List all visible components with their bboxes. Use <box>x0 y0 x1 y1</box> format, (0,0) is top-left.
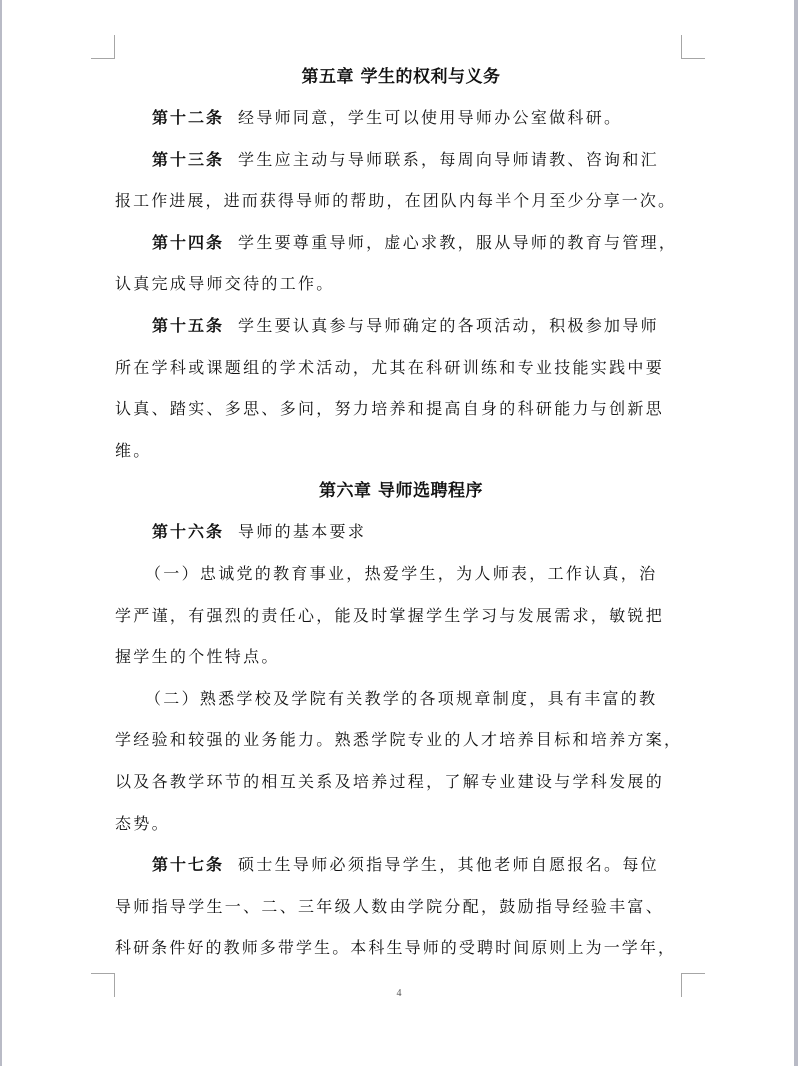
margin-corner-mark-top-left <box>91 35 115 59</box>
article-14-text-1: 学生要尊重导师，虚心求教，服从导师的教育与管理， <box>238 233 677 252</box>
article-13-text-1: 学生应主动与导师联系，每周向导师请教、咨询和汇 <box>238 150 659 169</box>
chapter-6-heading: 第六章 导师选聘程序 <box>115 471 687 511</box>
article-17-line-3: 科研条件好的教师多带学生。本科生导师的受聘时间原则上为一学年， <box>115 927 687 969</box>
article-17-number: 第十七条 <box>152 855 224 874</box>
margin-corner-mark-top-right <box>681 35 705 59</box>
article-16-line-1: 第十六条导师的基本要求 <box>115 511 687 553</box>
article-15-text-1: 学生要认真参与导师确定的各项活动，积极参加导师 <box>238 316 659 335</box>
article-17-line-1: 第十七条硕士生导师必须指导学生，其他老师自愿报名。每位 <box>115 844 687 886</box>
article-15-line-2: 所在学科或课题组的学术活动，尤其在科研训练和专业技能实践中要 <box>115 347 687 389</box>
article-16-number: 第十六条 <box>152 522 224 541</box>
article-12-text: 经导师同意，学生可以使用导师办公室做科研。 <box>238 108 622 127</box>
article-12-number: 第十二条 <box>152 108 224 127</box>
article-16-item-1-line-3: 握学生的个性特点。 <box>115 636 687 678</box>
article-16-item-1-line-1: （一）忠诚党的教育事业，热爱学生，为人师表，工作认真，治 <box>115 553 687 595</box>
document-page-body[interactable]: 第五章 学生的权利与义务 第十二条经导师同意，学生可以使用导师办公室做科研。 第… <box>115 57 687 969</box>
article-17-line-2: 导师指导学生一、二、三年级人数由学院分配，鼓励指导经验丰富、 <box>115 886 687 928</box>
article-13-line-2: 报工作进展，进而获得导师的帮助，在团队内每半个月至少分享一次。 <box>115 180 687 222</box>
article-12-line-1: 第十二条经导师同意，学生可以使用导师办公室做科研。 <box>115 97 687 139</box>
article-16-text: 导师的基本要求 <box>238 522 366 541</box>
window-edge-left <box>0 0 2 1066</box>
article-16-item-2-line-1: （二）熟悉学校及学院有关教学的各项规章制度，具有丰富的教 <box>115 678 687 720</box>
article-16-item-1-line-2: 学严谨，有强烈的责任心，能及时掌握学生学习与发展需求，敏锐把 <box>115 595 687 637</box>
article-14-line-2: 认真完成导师交待的工作。 <box>115 263 687 305</box>
article-15-line-1: 第十五条学生要认真参与导师确定的各项活动，积极参加导师 <box>115 305 687 347</box>
article-15-line-3: 认真、踏实、多思、多问，努力培养和提高自身的科研能力与创新思 <box>115 388 687 430</box>
article-13-number: 第十三条 <box>152 150 224 169</box>
article-13-line-1: 第十三条学生应主动与导师联系，每周向导师请教、咨询和汇 <box>115 139 687 181</box>
article-15-number: 第十五条 <box>152 316 224 335</box>
article-16-item-2-line-2: 学经验和较强的业务能力。熟悉学院专业的人才培养目标和培养方案， <box>115 719 687 761</box>
window-edge-right <box>794 0 798 1066</box>
article-17-text-1: 硕士生导师必须指导学生，其他老师自愿报名。每位 <box>238 855 659 874</box>
article-14-number: 第十四条 <box>152 233 224 252</box>
article-15-line-4: 维。 <box>115 430 687 472</box>
article-16-item-2-line-4: 态势。 <box>115 803 687 845</box>
chapter-5-heading: 第五章 学生的权利与义务 <box>115 57 687 97</box>
article-16-item-2-line-3: 以及各教学环节的相互关系及培养过程，了解专业建设与学科发展的 <box>115 761 687 803</box>
page-number: 4 <box>0 988 798 999</box>
article-14-line-1: 第十四条学生要尊重导师，虚心求教，服从导师的教育与管理， <box>115 222 687 264</box>
